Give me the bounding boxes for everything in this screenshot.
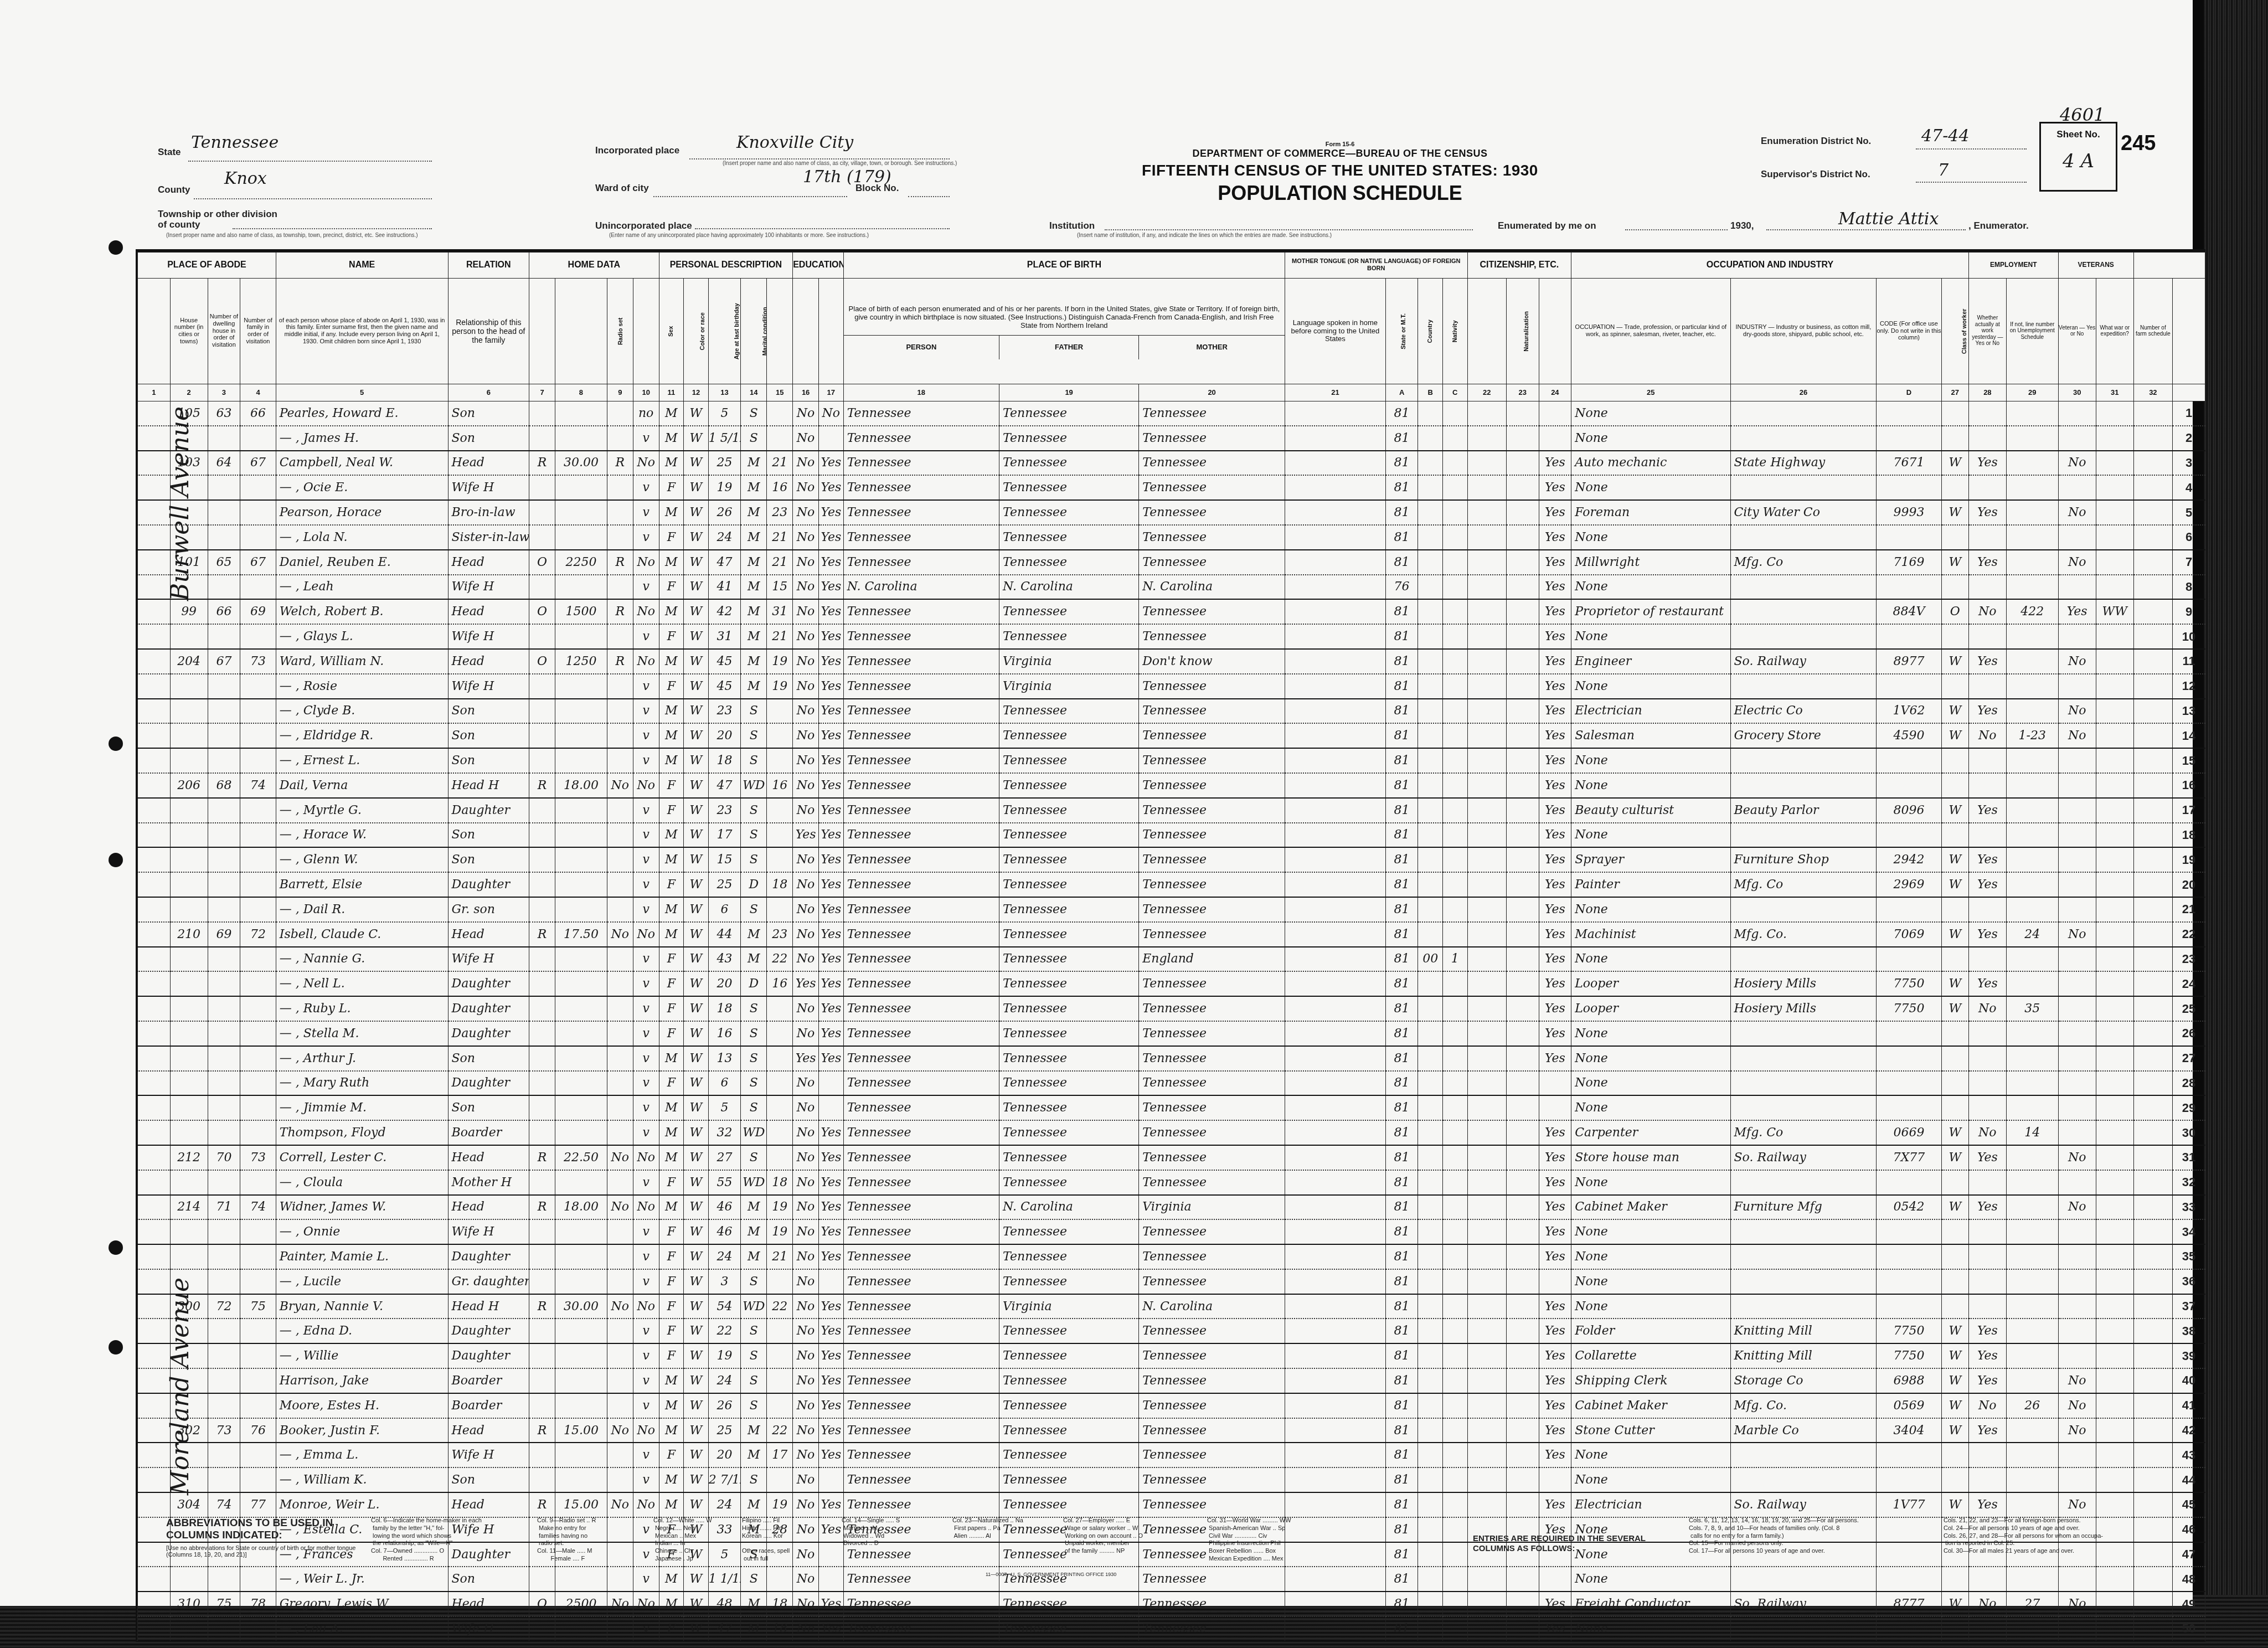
age-cell: 45 [708, 674, 741, 699]
at-work-cell: No [1968, 723, 2006, 748]
radio-cell [607, 1046, 633, 1071]
relation-cell: Head H [448, 1294, 529, 1319]
dwelling-number-cell: 71 [208, 1195, 240, 1220]
dwelling-number-cell [208, 699, 240, 724]
name-cell: — , Horace W. [276, 823, 448, 848]
speak-english-cell: Yes [1539, 1393, 1571, 1418]
code-d-cell: 7069 [1877, 922, 1941, 947]
farm-schedule-cell [2133, 1319, 2172, 1343]
line-number-cell: 3 [2173, 451, 2205, 476]
column-number: 13 [708, 384, 741, 401]
race-cell: W [684, 1616, 709, 1641]
language-cell [1285, 1492, 1386, 1517]
home-value-cell: 15.00 [555, 1418, 607, 1443]
read-write-cell: Yes [819, 1021, 844, 1046]
radio-cell [607, 1443, 633, 1467]
mother-birthplace-cell: Tennessee [1139, 723, 1285, 748]
radio-cell: No [607, 1145, 633, 1170]
at-work-cell: Yes [1968, 1418, 2006, 1443]
group-veterans: VETERANS [2058, 253, 2133, 279]
sex-cell: M [659, 401, 684, 426]
industry-cell [1730, 1219, 1877, 1244]
mother-birthplace-cell: Tennessee [1139, 1095, 1285, 1120]
school-cell: Yes [793, 1046, 819, 1071]
relation-cell: Head [448, 922, 529, 947]
radio-cell [607, 401, 633, 426]
street-name-1: Burwell Avenue [166, 406, 194, 601]
ed-value: 47-44 [1921, 126, 1969, 146]
immigration-cell [1467, 1195, 1506, 1220]
sex-cell: M [659, 1145, 684, 1170]
code-b-cell [1418, 1145, 1443, 1170]
dwelling-number-cell [208, 1244, 240, 1269]
war-cell [2096, 748, 2133, 773]
occupation-cell: None [1571, 1095, 1730, 1120]
code-c-cell [1442, 996, 1467, 1021]
father-birthplace-cell: Tennessee [999, 1592, 1139, 1616]
naturalization-cell [1506, 674, 1539, 699]
father-birthplace-cell: Tennessee [999, 996, 1139, 1021]
school-cell: No [793, 1393, 819, 1418]
read-write-cell: Yes [819, 1219, 844, 1244]
occupation-cell: Freight Conductor [1571, 1592, 1730, 1616]
marital-cell: S [741, 426, 767, 451]
industry-cell [1730, 1071, 1877, 1096]
radio-cell [607, 575, 633, 600]
code-d-cell: 7750 [1877, 971, 1941, 996]
age-marriage-cell: 18 [767, 1170, 793, 1195]
column-number: 19 [999, 384, 1139, 401]
birthplace-cell: Tennessee [843, 674, 999, 699]
table-row: — , LeahWife HvFW41M15NoYesN. CarolinaN.… [138, 575, 2205, 600]
age-marriage-cell: 16 [767, 971, 793, 996]
radio-cell [607, 1368, 633, 1393]
at-work-cell [1968, 1616, 2006, 1641]
name-cell: — , Nell L. [276, 971, 448, 996]
class-worker-cell: W [1941, 1418, 1968, 1443]
school-cell: No [793, 748, 819, 773]
tenure-cell: R [529, 1294, 555, 1319]
code-c-cell [1442, 723, 1467, 748]
naturalization-cell [1506, 1195, 1539, 1220]
family-number-cell: 74 [240, 773, 276, 798]
age-cell: 47 [708, 550, 741, 575]
age-marriage-cell: 21 [767, 451, 793, 476]
age-cell: 17 [708, 823, 741, 848]
farm-cell: v [633, 1368, 659, 1393]
street-cell [138, 624, 171, 649]
table-row: Thompson, FloydBoardervMW32WDNoYesTennes… [138, 1120, 2205, 1145]
industry-cell: City Water Co [1730, 500, 1877, 525]
immigration-cell [1467, 1616, 1506, 1641]
class-worker-cell: W [1941, 1492, 1968, 1517]
code-c-cell [1442, 823, 1467, 848]
code-b-cell [1418, 897, 1443, 922]
family-number-cell [240, 1046, 276, 1071]
line-number-cell: 18 [2173, 823, 2205, 848]
col-street: Street, avenue, road, etc. [138, 279, 171, 384]
age-cell: 54 [708, 1294, 741, 1319]
relation-cell: Wife H [448, 1443, 529, 1467]
occupation-cell: None [1571, 1219, 1730, 1244]
occupation-cell: Electrician [1571, 1492, 1730, 1517]
unemployment-line-cell [2006, 1343, 2058, 1368]
at-work-cell: Yes [1968, 550, 2006, 575]
war-cell [2096, 1343, 2133, 1368]
column-number: 7 [529, 384, 555, 401]
naturalization-cell [1506, 1467, 1539, 1492]
industry-cell [1730, 947, 1877, 972]
industry-cell: Storage Co [1730, 1368, 1877, 1393]
unemployment-line-cell [2006, 575, 2058, 600]
age-marriage-cell: 19 [767, 1492, 793, 1517]
at-work-cell [1968, 748, 2006, 773]
read-write-cell: Yes [819, 451, 844, 476]
column-number: 28 [1968, 384, 2006, 401]
relation-cell: Son [448, 847, 529, 872]
war-cell [2096, 1319, 2133, 1343]
immigration-cell [1467, 947, 1506, 972]
naturalization-cell [1506, 699, 1539, 724]
code-b-cell [1418, 550, 1443, 575]
dwelling-number-cell [208, 996, 240, 1021]
immigration-cell [1467, 426, 1506, 451]
age-cell: 47 [708, 1616, 741, 1641]
sex-cell: M [659, 699, 684, 724]
tenure-cell [529, 1120, 555, 1145]
sex-cell: M [659, 922, 684, 947]
occupation-cell: None [1571, 1046, 1730, 1071]
at-work-cell [1968, 1095, 2006, 1120]
dwelling-number-cell [208, 872, 240, 897]
class-worker-cell: W [1941, 798, 1968, 823]
name-cell: — , Willie [276, 1343, 448, 1368]
naturalization-cell [1506, 1145, 1539, 1170]
street-cell [138, 1021, 171, 1046]
age-marriage-cell: 23 [767, 922, 793, 947]
farm-schedule-cell [2133, 847, 2172, 872]
speak-english-cell: Yes [1539, 1244, 1571, 1269]
street-cell [138, 947, 171, 972]
school-cell: No [793, 1195, 819, 1220]
mother-birthplace-cell: Tennessee [1139, 1616, 1285, 1641]
veteran-cell [2058, 475, 2096, 500]
farm-cell: v [633, 624, 659, 649]
age-marriage-cell [767, 426, 793, 451]
code-c-cell [1442, 1368, 1467, 1393]
farm-schedule-cell [2133, 624, 2172, 649]
farm-schedule-cell [2133, 426, 2172, 451]
code-b-cell [1418, 1195, 1443, 1220]
age-cell: 19 [708, 1343, 741, 1368]
code-a-cell: 81 [1385, 1592, 1418, 1616]
family-number-cell: 73 [240, 1145, 276, 1170]
street-cell [138, 897, 171, 922]
home-value-cell [555, 947, 607, 972]
age-marriage-cell [767, 1021, 793, 1046]
home-value-cell [555, 1393, 607, 1418]
line-number-cell: 41 [2173, 1393, 2205, 1418]
sex-cell: M [659, 847, 684, 872]
house-number-cell [170, 872, 208, 897]
tenure-cell [529, 500, 555, 525]
form-title-block: Form 15-6 DEPARTMENT OF COMMERCE—BUREAU … [1085, 141, 1595, 205]
dwelling-number-cell [208, 525, 240, 550]
sheet-value: 4 A [2041, 150, 2116, 172]
table-row: Pearson, HoraceBro-in-lawvMW26M23NoYesTe… [138, 500, 2205, 525]
school-cell: No [793, 1343, 819, 1368]
war-cell [2096, 550, 2133, 575]
code-d-cell: 7750 [1877, 1319, 1941, 1343]
code-d-cell [1877, 674, 1941, 699]
page-stamp: 245 [2121, 132, 2156, 156]
industry-cell: Mfg. Co [1730, 872, 1877, 897]
unincorporated-line [695, 228, 950, 229]
line-number-cell: 32 [2173, 1170, 2205, 1195]
home-value-cell [555, 1219, 607, 1244]
group-personal-description: PERSONAL DESCRIPTION [659, 253, 793, 279]
marital-cell: M [741, 1616, 767, 1641]
mother-birthplace-cell: Don't know [1139, 649, 1285, 674]
age-marriage-cell [767, 1368, 793, 1393]
ward-line [653, 196, 847, 197]
immigration-cell [1467, 1319, 1506, 1343]
mother-birthplace-cell: England [1139, 947, 1285, 972]
name-cell: — , Glenn W. [276, 847, 448, 872]
class-worker-cell: W [1941, 1592, 1968, 1616]
tenure-cell [529, 674, 555, 699]
radio-cell: R [607, 649, 633, 674]
line-number-cell: 8 [2173, 575, 2205, 600]
name-cell: Widner, James W. [276, 1195, 448, 1220]
language-cell [1285, 401, 1386, 426]
speak-english-cell: Yes [1539, 1343, 1571, 1368]
at-work-cell [1968, 897, 2006, 922]
occupation-cell: Collarette [1571, 1343, 1730, 1368]
state-label: State [158, 147, 181, 158]
age-marriage-cell: 23 [767, 500, 793, 525]
county-label: County [158, 184, 190, 195]
naturalization-cell [1506, 1244, 1539, 1269]
read-write-cell: Yes [819, 1145, 844, 1170]
father-birthplace-cell: Tennessee [999, 1269, 1139, 1294]
table-row: 1036467Campbell, Neal W.HeadR30.00RNoMW2… [138, 451, 2205, 476]
home-value-cell [555, 723, 607, 748]
class-worker-cell [1941, 426, 1968, 451]
speak-english-cell: Yes [1539, 699, 1571, 724]
col-immigration-year: Year of immigration to the United States [1467, 279, 1506, 384]
tenure-cell [529, 1219, 555, 1244]
table-row: Barrett, ElsieDaughtervFW25D18NoYesTenne… [138, 872, 2205, 897]
line-number-cell: 34 [2173, 1219, 2205, 1244]
line-number-cell: 5 [2173, 500, 2205, 525]
farm-cell: v [633, 798, 659, 823]
war-cell [2096, 971, 2133, 996]
radio-cell [607, 1244, 633, 1269]
radio-cell [607, 723, 633, 748]
veteran-cell [2058, 1269, 2096, 1294]
school-cell: No [793, 1467, 819, 1492]
industry-cell [1730, 1616, 1877, 1641]
occupation-cell: Millwright [1571, 550, 1730, 575]
line-number-cell: 31 [2173, 1145, 2205, 1170]
veteran-cell: No [2058, 1592, 2096, 1616]
enumerator-label: , Enumerator. [1968, 220, 2029, 231]
table-row: — , Eldridge R.SonvMW20SNoYesTennesseeTe… [138, 723, 2205, 748]
industry-cell: Electric Co [1730, 699, 1877, 724]
code-d-cell [1877, 1219, 1941, 1244]
line-number-cell: 39 [2173, 1343, 2205, 1368]
name-cell: — , Arthur J. [276, 1046, 448, 1071]
column-number: 20 [1139, 384, 1285, 401]
occupation-cell: None [1571, 1616, 1730, 1641]
family-number-cell [240, 1244, 276, 1269]
industry-cell [1730, 624, 1877, 649]
race-cell: W [684, 922, 709, 947]
house-number-cell: 310 [170, 1592, 208, 1616]
naturalization-cell [1506, 1418, 1539, 1443]
language-cell [1285, 1319, 1386, 1343]
relation-cell: Son [448, 823, 529, 848]
farm-schedule-cell [2133, 1492, 2172, 1517]
sex-cell: M [659, 1592, 684, 1616]
name-cell: — , Lola N. [276, 525, 448, 550]
race-cell: W [684, 550, 709, 575]
war-cell [2096, 723, 2133, 748]
mother-birthplace-cell: Tennessee [1139, 971, 1285, 996]
column-number: 14 [741, 384, 767, 401]
tenure-cell: O [529, 649, 555, 674]
veteran-cell [2058, 1021, 2096, 1046]
table-row: — , Glenn W.SonvMW15SNoYesTennesseeTenne… [138, 847, 2205, 872]
race-cell: W [684, 1269, 709, 1294]
relation-cell: Mother H [448, 1170, 529, 1195]
age-cell: 2 7/12 [708, 1467, 741, 1492]
sex-cell: M [659, 1120, 684, 1145]
mother-birthplace-cell: Tennessee [1139, 847, 1285, 872]
industry-cell [1730, 575, 1877, 600]
code-d-cell [1877, 773, 1941, 798]
speak-english-cell: Yes [1539, 773, 1571, 798]
industry-cell: Knitting Mill [1730, 1319, 1877, 1343]
relation-cell: Gr. son [448, 897, 529, 922]
home-value-cell [555, 996, 607, 1021]
occupation-cell: Folder [1571, 1319, 1730, 1343]
immigration-cell [1467, 550, 1506, 575]
name-cell: Campbell, Neal W. [276, 451, 448, 476]
mother-birthplace-cell: Tennessee [1139, 1244, 1285, 1269]
tenure-cell [529, 1095, 555, 1120]
farm-schedule-cell [2133, 1244, 2172, 1269]
radio-cell [607, 1021, 633, 1046]
unemployment-line-cell: 14 [2006, 1120, 2058, 1145]
birthplace-cell: Tennessee [843, 823, 999, 848]
language-cell [1285, 971, 1386, 996]
institution-label: Institution [1049, 220, 1095, 231]
house-number-cell [170, 674, 208, 699]
unemployment-line-cell [2006, 847, 2058, 872]
code-a-cell: 81 [1385, 475, 1418, 500]
war-cell [2096, 1244, 2133, 1269]
occupation-cell: None [1571, 1467, 1730, 1492]
speak-english-cell: Yes [1539, 649, 1571, 674]
war-cell [2096, 1145, 2133, 1170]
marital-cell: M [741, 1418, 767, 1443]
age-marriage-cell [767, 1095, 793, 1120]
language-cell [1285, 798, 1386, 823]
school-cell: Yes [793, 823, 819, 848]
code-c-cell [1442, 922, 1467, 947]
family-number-cell [240, 1467, 276, 1492]
street-cell [138, 1195, 171, 1220]
code-a-cell: 81 [1385, 1095, 1418, 1120]
stamp-number-top: 4601 [2060, 104, 2105, 125]
relation-cell: Wife H [448, 624, 529, 649]
code-a-cell: 81 [1385, 1170, 1418, 1195]
sex-cell: M [659, 1393, 684, 1418]
veteran-cell [2058, 674, 2096, 699]
code-b-cell [1418, 996, 1443, 1021]
col-code-d: CODE (For office use only. Do not write … [1877, 279, 1941, 384]
father-birthplace-cell: Virginia [999, 649, 1139, 674]
veteran-cell: No [2058, 1492, 2096, 1517]
table-row: 3107578Gregory, Lewis W.HeadO2500NoNoMW4… [138, 1592, 2205, 1616]
line-number-cell: 2 [2173, 426, 2205, 451]
code-b-cell [1418, 575, 1443, 600]
father-birthplace-cell: Tennessee [999, 1219, 1139, 1244]
veteran-cell: No [2058, 1368, 2096, 1393]
code-b-cell [1418, 1492, 1443, 1517]
age-marriage-cell: 19 [767, 1219, 793, 1244]
table-row: — , Jimmie M.SonvMW5SNoTennesseeTennesse… [138, 1095, 2205, 1120]
column-number: 4 [240, 384, 276, 401]
code-d-cell: 6988 [1877, 1368, 1941, 1393]
industry-cell: Grocery Store [1730, 723, 1877, 748]
class-worker-cell: O [1941, 599, 1968, 624]
table-row: — , Edna D.DaughtervFW22SNoYesTennesseeT… [138, 1319, 2205, 1343]
enumerated-label: Enumerated by me on [1498, 220, 1596, 231]
birthplace-cell: Tennessee [843, 401, 999, 426]
tenure-cell [529, 798, 555, 823]
sex-cell: M [659, 500, 684, 525]
age-cell: 24 [708, 1244, 741, 1269]
father-birthplace-cell: Tennessee [999, 1021, 1139, 1046]
code-d-cell: 7X77 [1877, 1145, 1941, 1170]
code-d-cell [1877, 748, 1941, 773]
school-cell: No [793, 525, 819, 550]
father-birthplace-cell: Tennessee [999, 971, 1139, 996]
street-cell [138, 575, 171, 600]
home-value-cell: 18.00 [555, 1195, 607, 1220]
language-cell [1285, 624, 1386, 649]
farm-schedule-cell [2133, 723, 2172, 748]
race-cell: W [684, 1046, 709, 1071]
unincorporated-label: Unincorporated place [595, 220, 692, 231]
street-cell [138, 723, 171, 748]
farm-schedule-cell [2133, 500, 2172, 525]
age-marriage-cell [767, 723, 793, 748]
read-write-cell: Yes [819, 996, 844, 1021]
immigration-cell [1467, 1492, 1506, 1517]
street-cell [138, 1319, 171, 1343]
farm-cell: No [633, 550, 659, 575]
industry-cell [1730, 773, 1877, 798]
street-cell [138, 922, 171, 947]
birthplace-cell: Tennessee [843, 1195, 999, 1220]
race-cell: W [684, 872, 709, 897]
race-cell: W [684, 847, 709, 872]
naturalization-cell [1506, 798, 1539, 823]
